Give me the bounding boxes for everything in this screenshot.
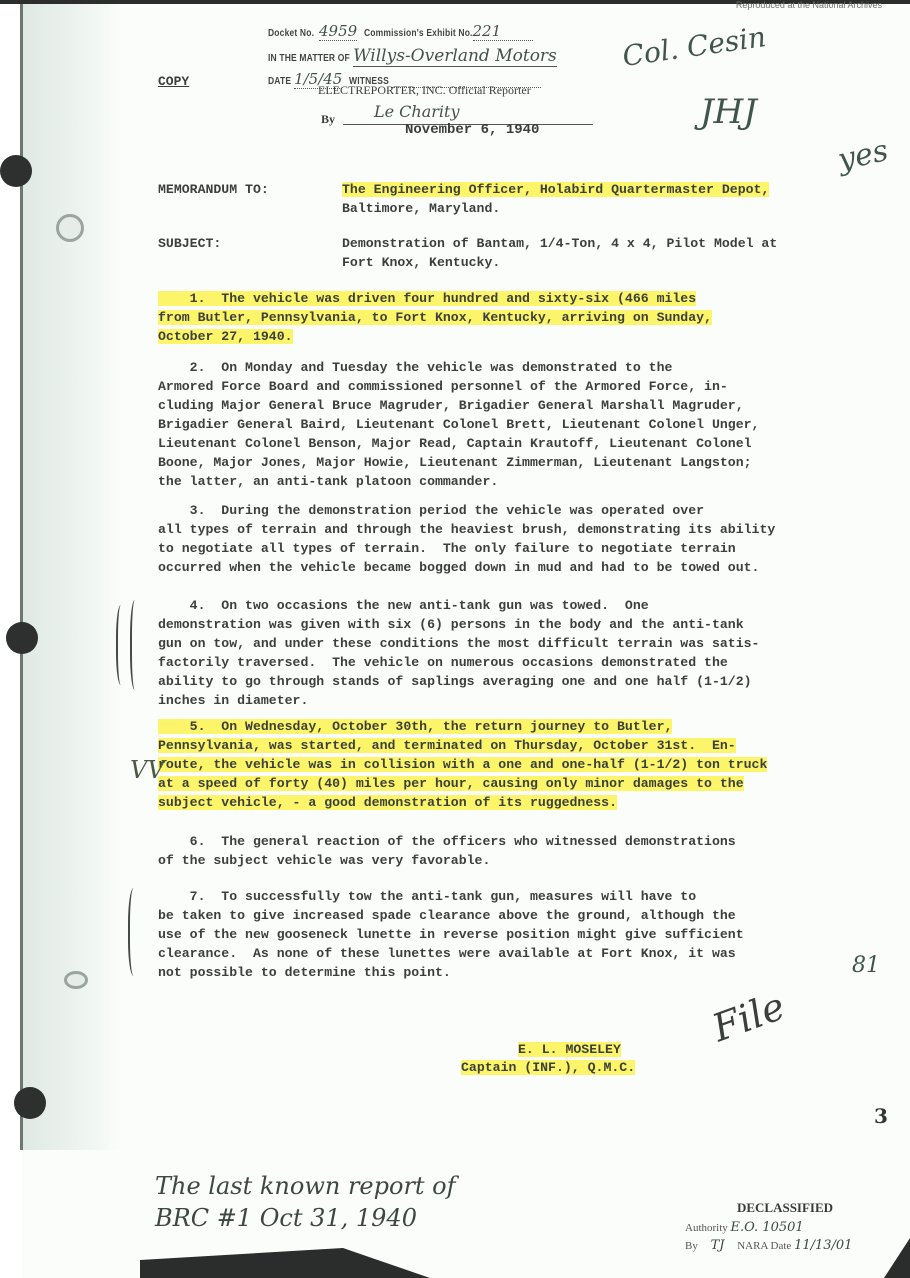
declassified-stamp: DECLASSIFIED Authority E.O. 10501 By TJ … [685, 1200, 885, 1256]
docket-label: Docket No. [268, 28, 314, 39]
paragraph-line-text: 5. On Wednesday, October 30th, the retur… [158, 719, 672, 734]
paragraph-7-line: 7. To successfully tow the anti-tank gun… [158, 887, 696, 906]
margin-bracket-mark [128, 888, 142, 976]
paragraph-line-text: ability to go through stands of saplings… [158, 674, 752, 689]
authority-label: Authority [685, 1222, 728, 1234]
signature-name: E. L. MOSELEY [518, 1040, 621, 1059]
copy-label: COPY [158, 74, 189, 89]
paragraph-4-line: 4. On two occasions the new anti-tank gu… [158, 596, 649, 615]
declassified-title: DECLASSIFIED [685, 1200, 885, 1216]
punch-hole-icon [6, 622, 38, 654]
paragraph-7-line: not possible to determine this point. [158, 963, 451, 982]
paragraph-2-line: 2. On Monday and Tuesday the vehicle was… [158, 358, 672, 377]
paragraph-line-text: October 27, 1940. [158, 329, 293, 344]
authority-value: E.O. 10501 [731, 1220, 804, 1235]
paragraph-5-line: 5. On Wednesday, October 30th, the retur… [158, 717, 672, 736]
nara-date-value: 11/13/01 [794, 1238, 852, 1253]
paragraph-4-line: gun on tow, and under these conditions t… [158, 634, 759, 653]
paragraph-1-line: October 27, 1940. [158, 327, 293, 346]
paragraph-line-text: 2. On Monday and Tuesday the vehicle was… [158, 360, 672, 375]
paragraph-3-line: all types of terrain and through the hea… [158, 520, 775, 539]
footnote-line-2: BRC #1 Oct 31, 1940 [155, 1202, 456, 1234]
authority-line: Authority E.O. 10501 [685, 1220, 885, 1235]
paragraph-line-text: of the subject vehicle was very favorabl… [158, 853, 490, 868]
paragraph-2-line: Armored Force Board and commissioned per… [158, 377, 728, 396]
paragraph-line-text: 4. On two occasions the new anti-tank gu… [158, 598, 649, 613]
memo-date: November 6, 1940 [405, 122, 539, 138]
memo-to-label: MEMORANDUM TO: [158, 180, 269, 199]
paragraph-line-text: to negotiate all types of terrain. The o… [158, 541, 736, 556]
paragraph-line-text: occurred when the vehicle became bogged … [158, 560, 759, 575]
archive-notice: Reproduced at the National Archives [736, 0, 882, 10]
margin-bracket-mark [116, 605, 128, 685]
paragraph-line-text: not possible to determine this point. [158, 965, 451, 980]
signature-name-text: E. L. MOSELEY [518, 1042, 621, 1057]
reporter-line: ELECTREPORTER, INC. Official Reporter [318, 83, 531, 98]
paragraph-5-line: at a speed of forty (40) miles per hour,… [158, 774, 744, 793]
paragraph-4-line: ability to go through stands of saplings… [158, 672, 752, 691]
paragraph-4-line: factorily traversed. The vehicle on nume… [158, 653, 728, 672]
punch-hole-ring-icon [64, 971, 88, 989]
matter-label: IN THE MATTER OF [268, 53, 350, 64]
paragraph-2-line: the latter, an anti-tank platoon command… [158, 472, 498, 491]
paragraph-6-line: 6. The general reaction of the officers … [158, 832, 736, 851]
subject-line-2: Fort Knox, Kentucky. [342, 253, 500, 272]
paragraph-line-text: at a speed of forty (40) miles per hour,… [158, 776, 744, 791]
date-label: DATE [268, 76, 291, 87]
page-number: 3 [874, 1104, 888, 1128]
punch-hole-ring-icon [56, 214, 84, 242]
paragraph-line-text: 6. The general reaction of the officers … [158, 834, 736, 849]
paragraph-line-text: demonstration was given with six (6) per… [158, 617, 744, 632]
paragraph-line-text: 3. During the demonstration period the v… [158, 503, 704, 518]
exhibit-value: 221 [473, 22, 533, 41]
by-label: By [321, 112, 335, 127]
memo-to-recipient: The Engineering Officer, Holabird Quarte… [342, 180, 769, 199]
paragraph-line-text: Armored Force Board and commissioned per… [158, 379, 728, 394]
exhibit-label: Commission's Exhibit No. [364, 28, 473, 39]
paragraph-4-line: inches in diameter. [158, 691, 308, 710]
paragraph-line-text: Boone, Major Jones, Major Howie, Lieuten… [158, 455, 752, 470]
footnote-line-1: The last known report of [155, 1170, 456, 1202]
subject-line-1: Demonstration of Bantam, 1/4-Ton, 4 x 4,… [342, 234, 777, 253]
paragraph-4-line: demonstration was given with six (6) per… [158, 615, 744, 634]
to-label-text: MEMORANDUM TO: [158, 182, 269, 197]
paragraph-line-text: inches in diameter. [158, 693, 308, 708]
paragraph-2-line: Boone, Major Jones, Major Howie, Lieuten… [158, 453, 752, 472]
by-value: TJ [711, 1238, 725, 1253]
paragraph-line-text: all types of terrain and through the hea… [158, 522, 775, 537]
paragraph-2-line: Brigadier General Baird, Lieutenant Colo… [158, 415, 759, 434]
paragraph-line-text: Brigadier General Baird, Lieutenant Colo… [158, 417, 759, 432]
punch-hole-icon [0, 155, 32, 187]
memo-to-city: Baltimore, Maryland. [342, 199, 500, 218]
paragraph-5-line: subject vehicle, - a good demonstration … [158, 793, 617, 812]
paragraph-line-text: route, the vehicle was in collision with… [158, 757, 767, 772]
paragraph-1-line: 1. The vehicle was driven four hundred a… [158, 289, 696, 308]
by-signature: Le Charity [374, 102, 460, 121]
by-label: By [685, 1240, 698, 1252]
signature-title-text: Captain (INF.), Q.M.C. [461, 1060, 635, 1075]
paragraph-line-text: subject vehicle, - a good demonstration … [158, 795, 617, 810]
nara-line: By TJ NARA Date 11/13/01 [685, 1238, 885, 1253]
paragraph-line-text: from Butler, Pennsylvania, to Fort Knox,… [158, 310, 712, 325]
paragraph-3-line: 3. During the demonstration period the v… [158, 501, 704, 520]
margin-bracket-mark [130, 600, 142, 690]
handwritten-initials: JHJ [700, 92, 757, 132]
paragraph-line-text: gun on tow, and under these conditions t… [158, 636, 759, 651]
matter-value: Willys-Overland Motors [353, 46, 557, 67]
paragraph-line-text: 7. To successfully tow the anti-tank gun… [158, 889, 696, 904]
nara-date-label: NARA Date [737, 1240, 791, 1252]
recipient-line-1: The Engineering Officer, Holabird Quarte… [342, 182, 769, 197]
paragraph-line-text: 1. The vehicle was driven four hundred a… [158, 291, 696, 306]
subject-label: SUBJECT: [158, 234, 221, 253]
paragraph-5-line: Pennsylvania, was started, and terminate… [158, 736, 736, 755]
punch-hole-icon [14, 1087, 46, 1119]
handwritten-page-number: 81 [852, 953, 880, 978]
handwritten-footnote: The last known report of BRC #1 Oct 31, … [155, 1170, 456, 1234]
handwritten-check-marks: VV [130, 756, 165, 784]
paragraph-7-line: be taken to give increased spade clearan… [158, 906, 736, 925]
paragraph-6-line: of the subject vehicle was very favorabl… [158, 851, 490, 870]
paragraph-7-line: use of the new gooseneck lunette in reve… [158, 925, 744, 944]
paragraph-2-line: Lieutenant Colonel Benson, Major Read, C… [158, 434, 752, 453]
paragraph-line-text: Lieutenant Colonel Benson, Major Read, C… [158, 436, 752, 451]
paragraph-line-text: use of the new gooseneck lunette in reve… [158, 927, 744, 942]
paragraph-2-line: cluding Major General Bruce Magruder, Br… [158, 396, 744, 415]
docket-value: 4959 [319, 22, 357, 41]
paragraph-1-line: from Butler, Pennsylvania, to Fort Knox,… [158, 308, 712, 327]
paragraph-3-line: to negotiate all types of terrain. The o… [158, 539, 736, 558]
paragraph-line-text: the latter, an anti-tank platoon command… [158, 474, 498, 489]
paragraph-line-text: clearance. As none of these lunettes wer… [158, 946, 736, 961]
paragraph-line-text: factorily traversed. The vehicle on nume… [158, 655, 728, 670]
paragraph-7-line: clearance. As none of these lunettes wer… [158, 944, 736, 963]
paragraph-line-text: be taken to give increased spade clearan… [158, 908, 736, 923]
paragraph-line-text: cluding Major General Bruce Magruder, Br… [158, 398, 744, 413]
signature-title: Captain (INF.), Q.M.C. [461, 1058, 635, 1077]
paragraph-3-line: occurred when the vehicle became bogged … [158, 558, 759, 577]
paragraph-5-line: route, the vehicle was in collision with… [158, 755, 767, 774]
paragraph-line-text: Pennsylvania, was started, and terminate… [158, 738, 736, 753]
